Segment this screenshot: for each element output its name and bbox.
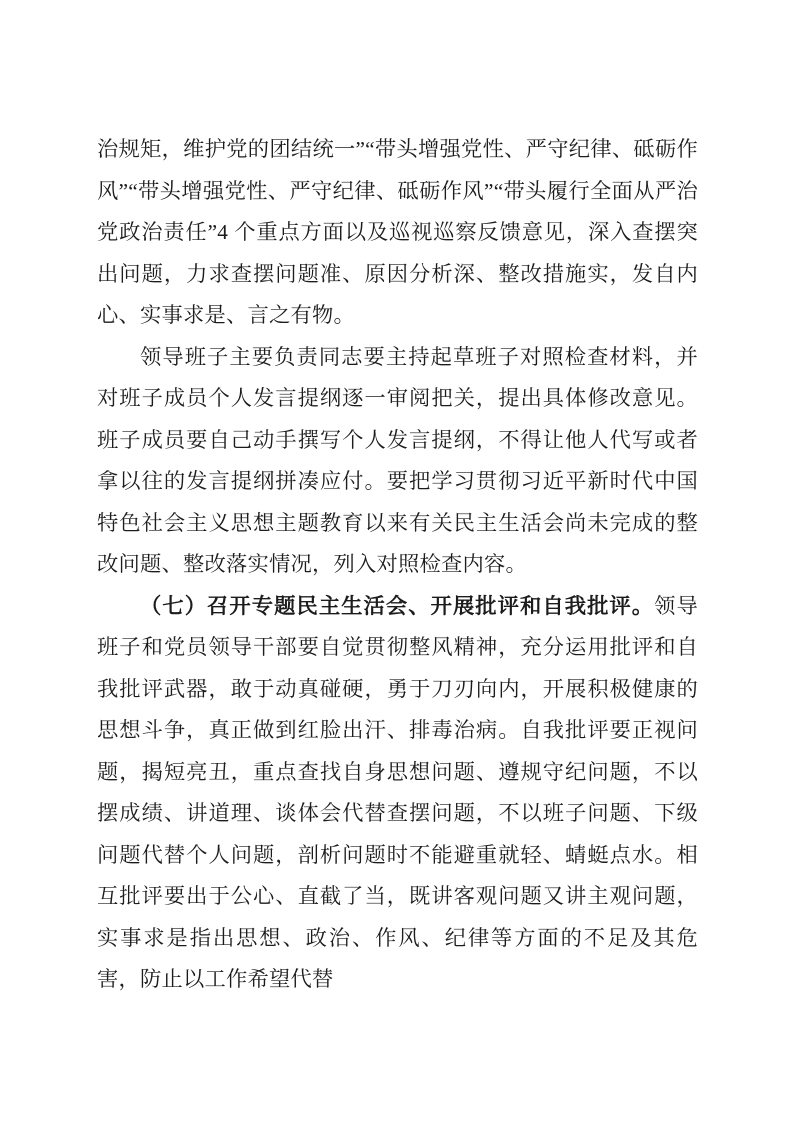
paragraph-body: 领导班子主要负责同志要主持起草班子对照检查材料，并对班子成员个人发言提纲逐一审阅… xyxy=(97,337,698,586)
paragraph-section-seven: （七）召开专题民主生活会、开展批评和自我批评。领导班子和党员领导干部要自觉贯彻整… xyxy=(97,586,698,1001)
section-heading: （七）召开专题民主生活会、开展批评和自我批评。 xyxy=(140,594,654,618)
paragraph-text: 领导班子和党员领导干部要自觉贯彻整风精神，充分运用批评和自我批评武器，敢于动真碰… xyxy=(97,594,698,992)
text-block: 治规矩，维护党的团结统一”“带头增强党性、严守纪律、砥砺作风”“带头增强党性、严… xyxy=(97,129,698,1001)
paragraph-text: 治规矩，维护党的团结统一”“带头增强党性、严守纪律、砥砺作风”“带头增强党性、严… xyxy=(97,137,698,327)
document-page: 治规矩，维护党的团结统一”“带头增强党性、严守纪律、砥砺作风”“带头增强党性、严… xyxy=(0,0,793,1122)
paragraph-text: 领导班子主要负责同志要主持起草班子对照检查材料，并对班子成员个人发言提纲逐一审阅… xyxy=(97,345,698,577)
paragraph-continuation: 治规矩，维护党的团结统一”“带头增强党性、严守纪律、砥砺作风”“带头增强党性、严… xyxy=(97,129,698,337)
